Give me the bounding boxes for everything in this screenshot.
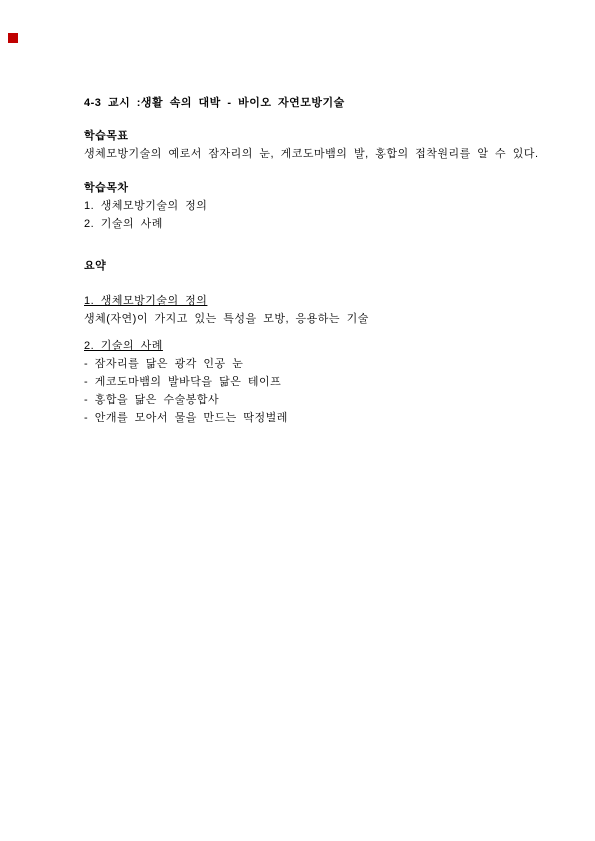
document-page: 4-3 교시 :생활 속의 대박 - 바이오 자연모방기술 학습목표 생체모방기… (0, 0, 595, 841)
learning-goal-heading: 학습목표 (84, 129, 555, 143)
document-content: 4-3 교시 :생활 속의 대박 - 바이오 자연모방기술 학습목표 생체모방기… (84, 96, 555, 429)
examples-section-heading: 2. 기술의 사례 (84, 339, 555, 353)
example-item-mussel-suture: - 홍합을 닮은 수술봉합사 (84, 393, 555, 407)
example-item-dragonfly-eye: - 잠자리를 닮은 광각 인공 눈 (84, 357, 555, 371)
page-title: 4-3 교시 :생활 속의 대박 - 바이오 자연모방기술 (84, 96, 555, 110)
toc-item-2: 2. 기술의 사례 (84, 217, 555, 231)
toc-heading: 학습목차 (84, 181, 555, 195)
learning-goal-body: 생체모방기술의 예로서 잠자리의 눈, 게코도마뱀의 발, 홍합의 접착원리를 … (84, 147, 555, 161)
red-corner-marker (8, 33, 18, 43)
example-item-beetle-fog: - 안개를 모아서 물을 만드는 딱정벌레 (84, 411, 555, 425)
summary-heading: 요약 (84, 259, 555, 273)
example-item-gecko-tape: - 게코도마뱀의 발바닥을 닮은 테이프 (84, 375, 555, 389)
definition-section-heading: 1. 생체모방기술의 정의 (84, 294, 555, 308)
definition-section-body: 생체(자연)이 가지고 있는 특성을 모방, 응용하는 기술 (84, 312, 555, 326)
toc-item-1: 1. 생체모방기술의 정의 (84, 199, 555, 213)
